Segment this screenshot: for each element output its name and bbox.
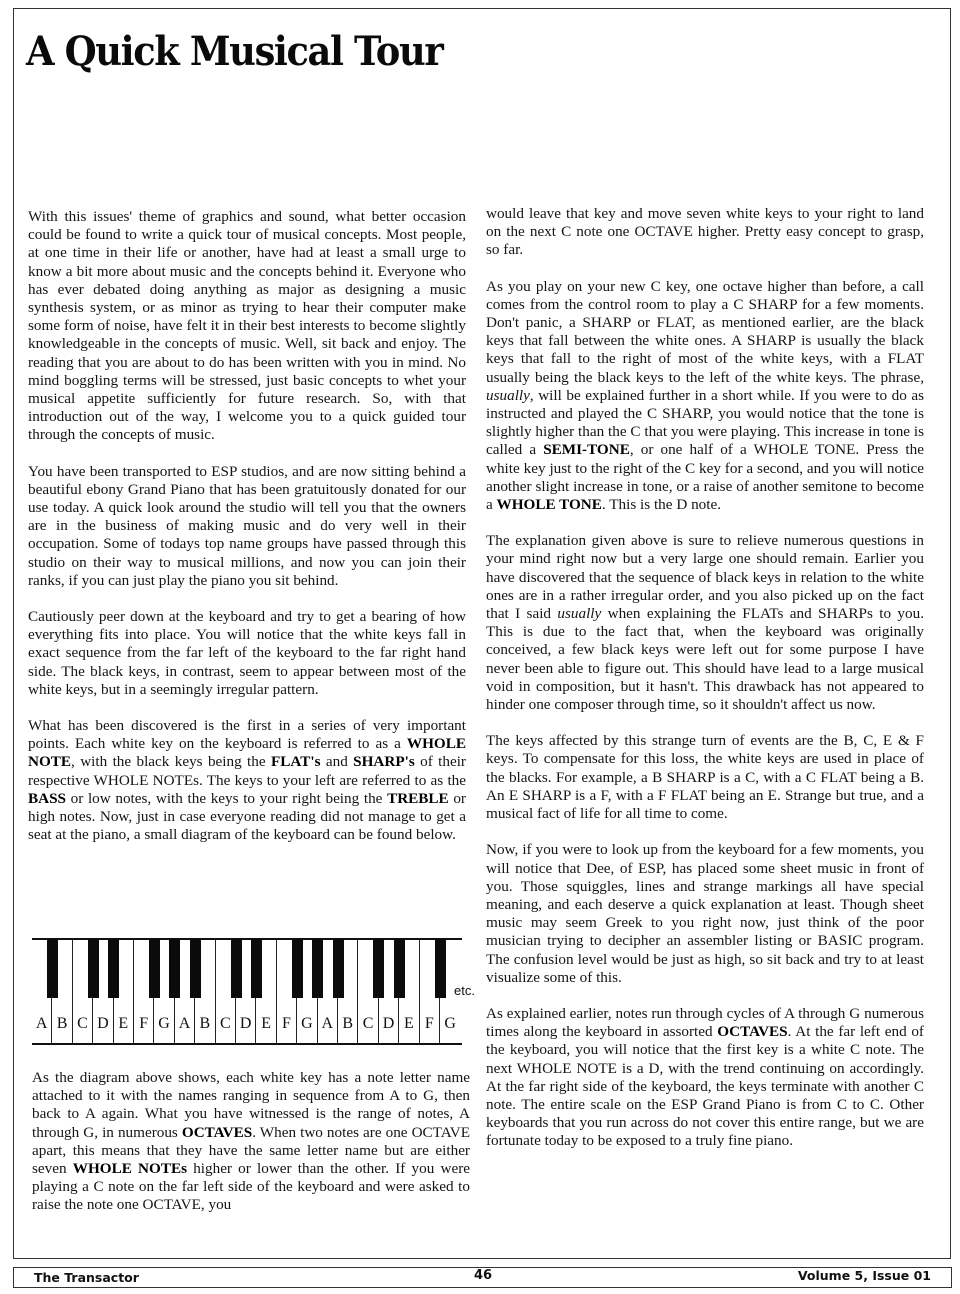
right-column: would leave that key and move seven whit…: [486, 205, 924, 1169]
key-label: G: [297, 1015, 316, 1033]
black-key: [435, 939, 446, 998]
paragraph-c-sharp: As you play on your new C key, one octav…: [486, 278, 924, 515]
paragraph-keyboard-bearing: Cautiously peer down at the keyboard and…: [28, 608, 466, 699]
black-key: [333, 939, 344, 998]
black-key: [292, 939, 303, 998]
key-label: F: [420, 1015, 439, 1033]
black-key: [251, 939, 262, 998]
key-label: A: [318, 1015, 337, 1033]
key-label: A: [32, 1015, 51, 1033]
key-label: D: [93, 1015, 112, 1033]
key-label: B: [52, 1015, 71, 1033]
paragraph-octaves: As the diagram above shows, each white k…: [32, 1069, 470, 1215]
key-label: F: [134, 1015, 153, 1033]
key-label: G: [154, 1015, 173, 1033]
black-key: [149, 939, 160, 998]
piano-keyboard-diagram: ABCDEFGABCDEFGABCDEFG: [32, 937, 464, 1047]
key-label: F: [277, 1015, 296, 1033]
left-column: With this issues' theme of graphics and …: [28, 208, 466, 863]
black-key: [312, 939, 323, 998]
paragraph-octave-higher: would leave that key and move seven whit…: [486, 205, 924, 260]
black-key: [47, 939, 58, 998]
black-key: [231, 939, 242, 998]
key-label: A: [175, 1015, 194, 1033]
key-label: C: [73, 1015, 92, 1033]
paragraph-irregular-order: The explanation given above is sure to r…: [486, 532, 924, 714]
paragraph-intro: With this issues' theme of graphics and …: [28, 208, 466, 445]
paragraph-sheet-music: Now, if you were to look up from the key…: [486, 841, 924, 987]
black-key: [190, 939, 201, 998]
key-label: D: [379, 1015, 398, 1033]
footer-page-number: 46: [474, 1268, 492, 1283]
footer-publication: The Transactor: [34, 1270, 139, 1285]
key-label: E: [399, 1015, 418, 1033]
key-label: B: [195, 1015, 214, 1033]
black-key: [373, 939, 384, 998]
key-label: E: [256, 1015, 275, 1033]
key-label: D: [236, 1015, 255, 1033]
etc-label: etc.: [454, 983, 475, 998]
key-label: B: [338, 1015, 357, 1033]
black-key: [169, 939, 180, 998]
paragraph-affected-keys: The keys affected by this strange turn o…: [486, 732, 924, 823]
key-label: E: [114, 1015, 133, 1033]
footer-issue: Volume 5, Issue 01: [798, 1268, 931, 1283]
paragraph-whole-notes: What has been discovered is the first in…: [28, 717, 466, 844]
paragraph-esp-grand-range: As explained earlier, notes run through …: [486, 1005, 924, 1151]
article-title: A Quick Musical Tour: [26, 28, 442, 75]
keyboard-bottom-line: [32, 1043, 462, 1045]
black-key: [108, 939, 119, 998]
page-footer: The Transactor 46 Volume 5, Issue 01: [13, 1267, 952, 1288]
black-key: [88, 939, 99, 998]
paragraph-esp-studios: You have been transported to ESP studios…: [28, 463, 466, 590]
black-key: [394, 939, 405, 998]
key-label: C: [216, 1015, 235, 1033]
left-column-continued: As the diagram above shows, each white k…: [32, 1069, 470, 1233]
key-label: G: [440, 1015, 460, 1033]
key-label: C: [358, 1015, 377, 1033]
